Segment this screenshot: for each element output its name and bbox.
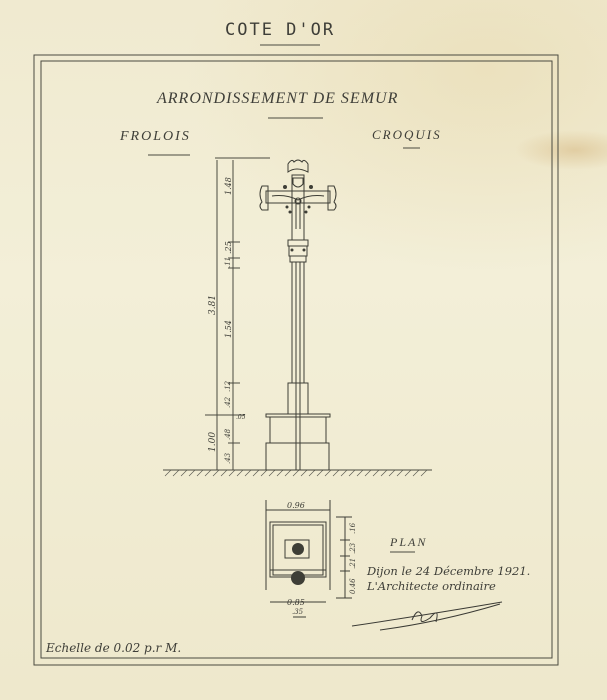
dim-shaft: 1.54 bbox=[224, 320, 233, 338]
dim-capital: .25 bbox=[224, 241, 233, 254]
department-title: COTE D'OR bbox=[225, 20, 335, 40]
dim-total-upper: 3.81 bbox=[208, 295, 218, 315]
cross-elevation bbox=[260, 160, 336, 470]
dim-plan-depth-c: .21 bbox=[349, 558, 357, 569]
drawing-type-label: CROQUIS bbox=[372, 127, 442, 143]
dim-base-total: 1.00 bbox=[208, 432, 218, 452]
dim-plan-depth-d: 0.46 bbox=[349, 578, 357, 594]
dim-plan-width-outer: 0.96 bbox=[287, 501, 305, 510]
dim-step-upper: .48 bbox=[224, 429, 232, 440]
arrondissement-title: ARRONDISSEMENT DE SEMUR bbox=[157, 90, 398, 108]
plan-label: PLAN bbox=[390, 535, 427, 550]
dim-plan-depth-a: .16 bbox=[349, 523, 357, 534]
plan-view bbox=[266, 500, 352, 617]
scale-note: Echelle de 0.02 p.r M. bbox=[46, 641, 181, 655]
dim-plan-depth-b: .23 bbox=[349, 543, 357, 554]
dim-cross-head: 1.48 bbox=[224, 177, 233, 195]
commune-name: FROLOIS bbox=[120, 129, 191, 145]
dim-ledge: .05 bbox=[236, 414, 246, 421]
dim-collar: .11 bbox=[224, 257, 232, 268]
dim-shaft-foot: .12 bbox=[224, 381, 232, 392]
dim-plan-shaft: .35 bbox=[292, 608, 303, 616]
dim-pedestal: .42 bbox=[224, 397, 232, 408]
dim-plan-width-inner: 0.85 bbox=[287, 598, 305, 607]
author-role: L'Architecte ordinaire bbox=[367, 579, 496, 593]
dim-step-lower: .43 bbox=[224, 453, 232, 464]
place-date: Dijon le 24 Décembre 1921. bbox=[367, 564, 530, 578]
